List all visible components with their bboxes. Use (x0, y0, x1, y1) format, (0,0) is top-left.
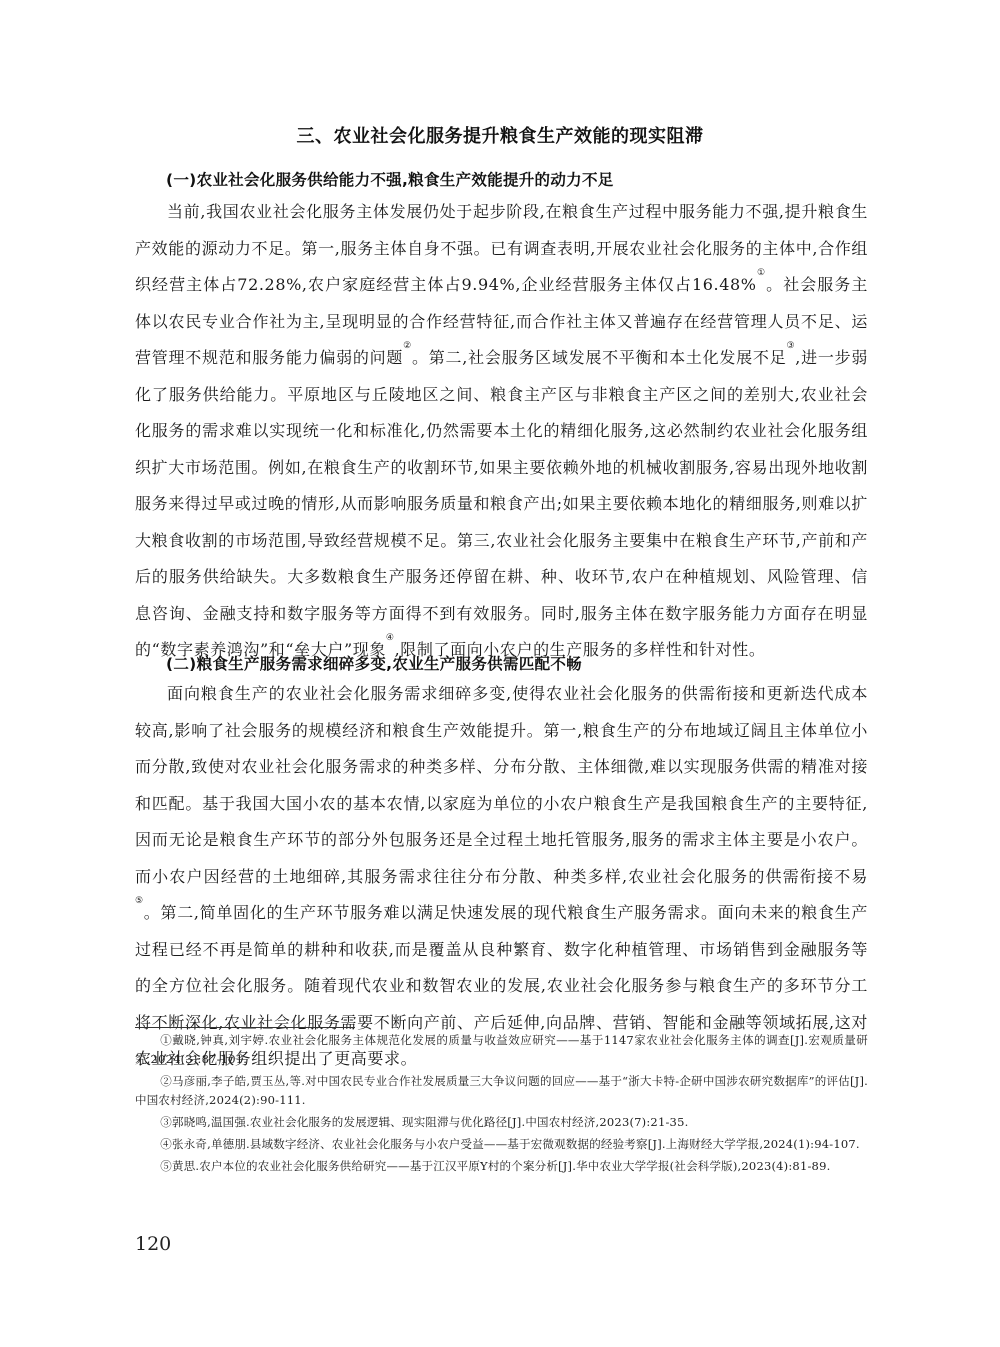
footnote-ref-3[interactable]: ③ (786, 341, 795, 351)
footnote-4: ④张永奇,单德朋.县域数字经济、农业社会化服务与小农户受益——基于宏微观数据的经… (135, 1135, 868, 1154)
footnote-ref-5[interactable]: ⑤ (135, 896, 144, 906)
paper-page: 三、农业社会化服务提升粮食生产效能的现实阻滞 (一)农业社会化服务供给能力不强,… (0, 0, 1000, 1347)
body-paragraph-1: 当前,我国农业社会化服务主体发展仍处于起步阶段,在粮食生产过程中服务能力不强,提… (135, 194, 868, 669)
paragraph-text: 当前,我国农业社会化服务主体发展仍处于起步阶段,在粮食生产过程中服务能力不强,提… (135, 202, 868, 294)
footnote-ref-4[interactable]: ④ (386, 633, 395, 643)
page-number: 120 (135, 1233, 171, 1255)
subsection-heading-1: (一)农业社会化服务供给能力不强,粮食生产效能提升的动力不足 (166, 168, 614, 190)
body-paragraph-2: 面向粮食生产的农业社会化服务需求细碎多变,使得农业社会化服务的供需衔接和更新迭代… (135, 676, 868, 1078)
footnote-1: ①戴晓,钟真,刘宇婷.农业社会化服务主体规范化发展的质量与收益效应研究——基于1… (135, 1031, 868, 1069)
footnotes: ①戴晓,钟真,刘宇婷.农业社会化服务主体规范化发展的质量与收益效应研究——基于1… (135, 1031, 868, 1179)
footnote-divider (135, 1027, 355, 1028)
footnote-ref-1[interactable]: ① (757, 268, 767, 278)
footnote-ref-2[interactable]: ② (403, 341, 412, 351)
footnote-3: ③郭晓鸣,温国强.农业社会化服务的发展逻辑、现实阻滞与优化路径[J].中国农村经… (135, 1113, 868, 1132)
subsection-heading-2: (二)粮食生产服务需求细碎多变,农业生产服务供需匹配不畅 (166, 652, 582, 674)
paragraph-text: ,进一步弱化了服务供给能力。平原地区与丘陵地区之间、粮食主产区与非粮食主产区之间… (135, 348, 868, 659)
paragraph-text: 。第二,社会服务区域发展不平衡和本土化发展不足 (412, 348, 787, 367)
section-title: 三、农业社会化服务提升粮食生产效能的现实阻滞 (0, 122, 1000, 148)
footnote-5: ⑤黄思.农户本位的农业社会化服务供给研究——基于江汉平原Y村的个案分析[J].华… (135, 1157, 868, 1176)
footnote-2: ②马彦丽,李子皓,贾玉丛,等.对中国农民专业合作社发展质量三大争议问题的回应——… (135, 1072, 868, 1110)
paragraph-text: 面向粮食生产的农业社会化服务需求细碎多变,使得农业社会化服务的供需衔接和更新迭代… (135, 684, 868, 886)
